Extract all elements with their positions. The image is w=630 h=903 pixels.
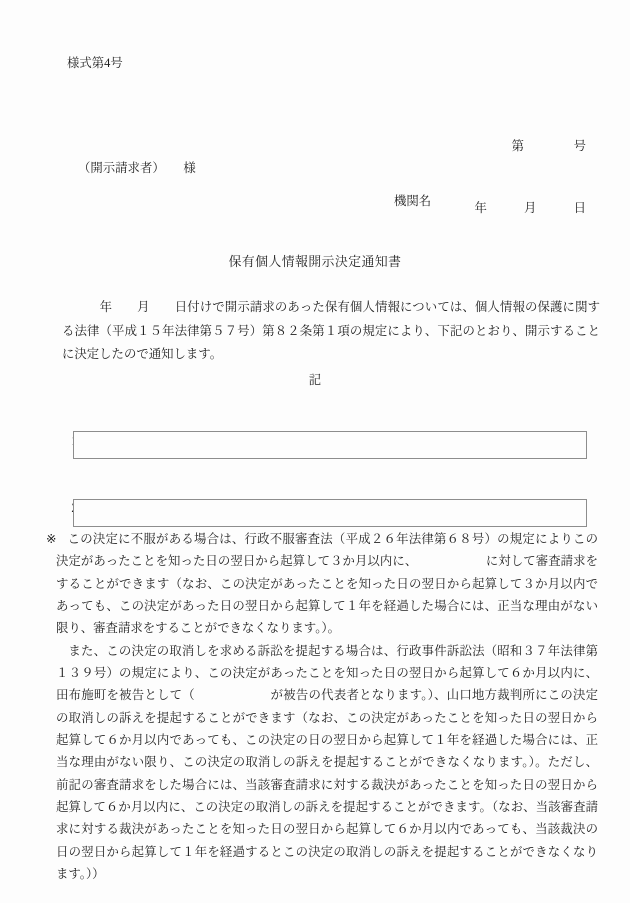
note-paragraph-2: また、この決定の取消しを求める訴訟を提起する場合は、行政事件訴訟法（昭和３７年法… [56,640,598,886]
nondisclosed-parts-entry-box[interactable] [73,499,587,527]
note-paragraph-1-text: この決定に不服がある場合は、行政不服審査法（平成２６年法律第６８号）の規定により… [56,532,598,635]
note-paragraph-1: ※この決定に不服がある場合は、行政不服審査法（平成２６年法律第６８号）の規定によ… [56,528,598,640]
agency-name-label: 機関名 [394,191,431,209]
appeal-instructions-note: ※この決定に不服がある場合は、行政不服審査法（平成２６年法律第６８号）の規定によ… [56,528,598,886]
document-title: 保有個人情報開示決定通知書 [0,251,630,270]
document-page: 様式第4号 第 号 年 月 日 （開示請求者） 様 機関名 保有個人情報開示決定… [0,0,630,903]
date-line: 年 月 日 [474,198,586,219]
document-number-line: 第 号 [474,136,586,157]
body-paragraph: 年 月 日付けで開示請求のあった保有個人情報については、個人情報の保護に関する法… [62,296,600,367]
note-reference-marker: ※ [46,532,57,546]
addressee-line: （開示請求者） 様 [78,158,196,176]
form-number: 様式第4号 [67,53,123,71]
ki-section-marker: 記 [0,370,630,388]
document-number-block: 第 号 年 月 日 [474,95,586,259]
disclosed-information-entry-box[interactable] [73,431,587,459]
